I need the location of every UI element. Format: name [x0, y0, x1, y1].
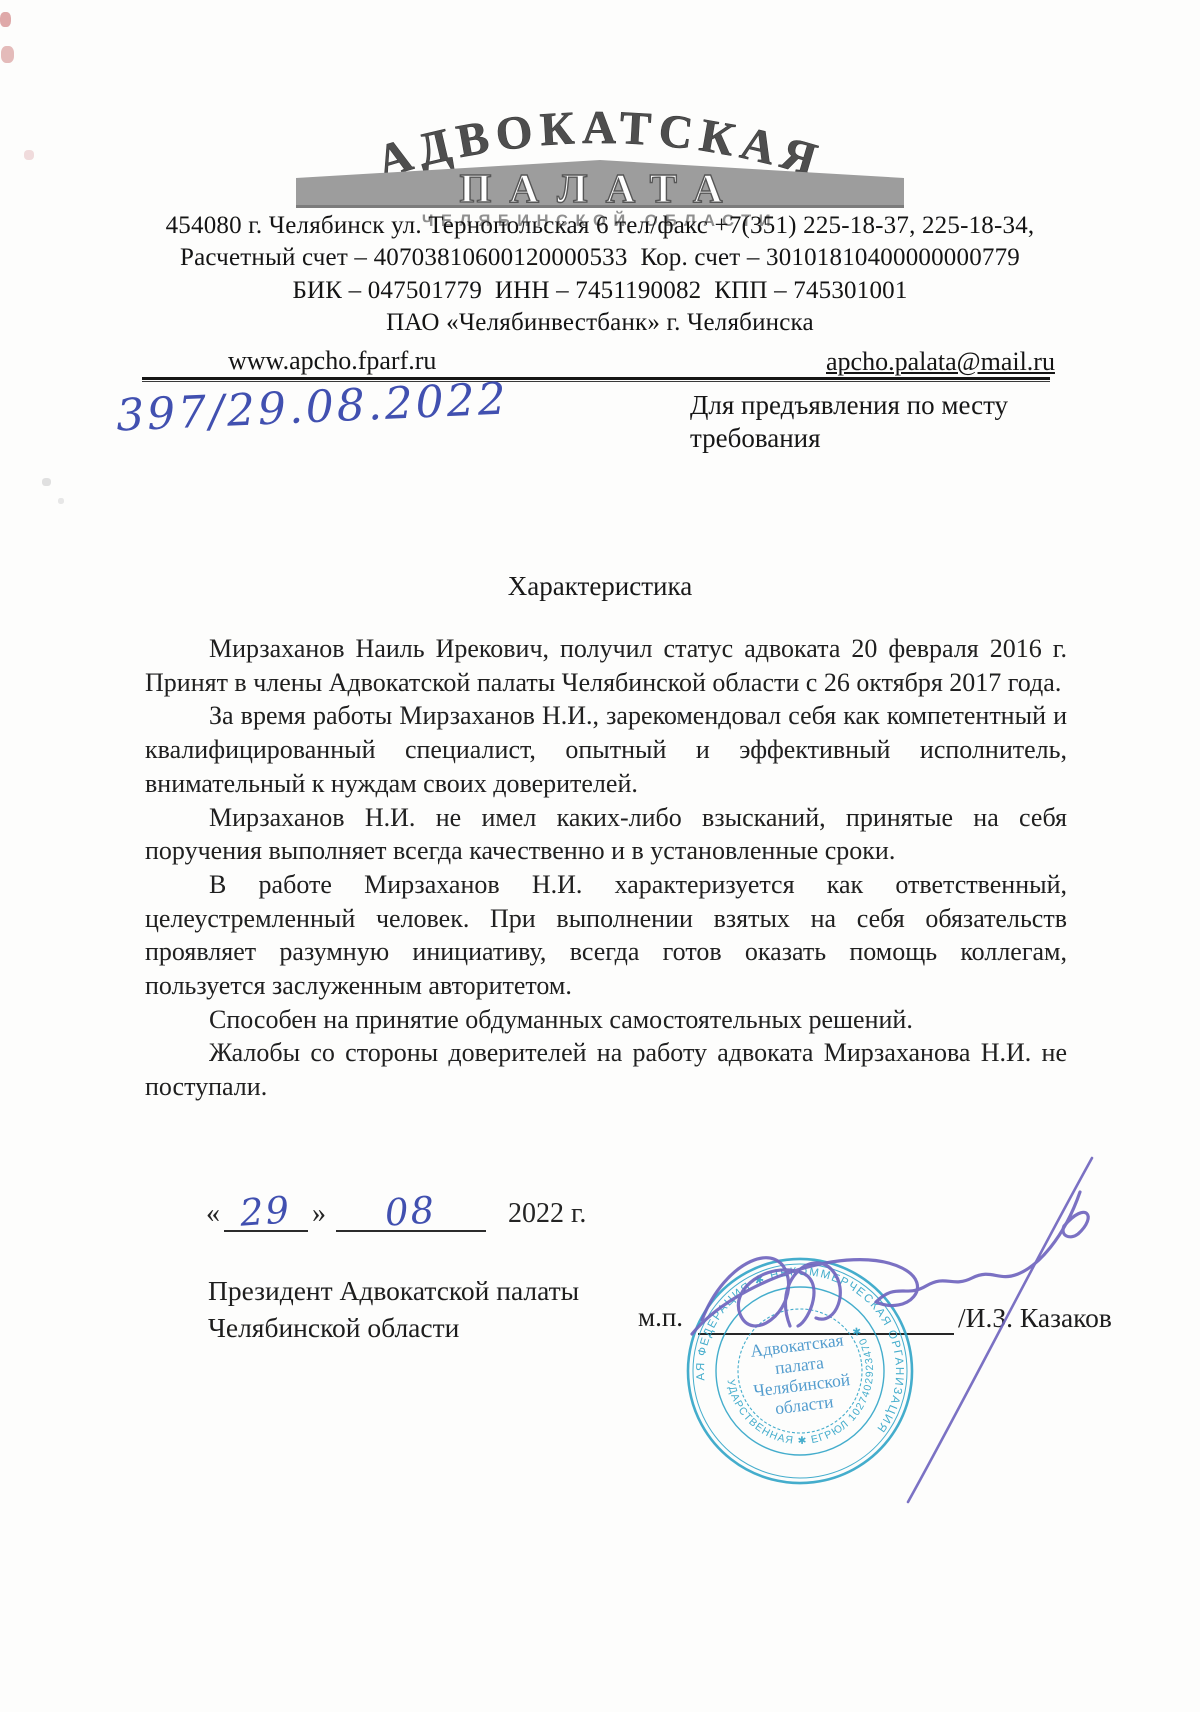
email-text: apcho.palata@mail.ru: [826, 347, 1055, 377]
purpose-line: требования: [690, 422, 1030, 455]
outgoing-number-handwritten: 397/29.08.2022: [115, 373, 510, 441]
open-quote: «: [206, 1198, 220, 1229]
scanned-letter-page: АДВОКАТСКАЯ ПАЛАТА ЧЕЛЯБИНСКОЙ ОБЛАСТИ 4…: [0, 0, 1200, 1712]
signer-name: /И.З. Казаков: [958, 1302, 1112, 1334]
logo-banner-text: ПАЛАТА: [460, 165, 741, 211]
president-line: Президент Адвокатской палаты: [208, 1272, 579, 1309]
paragraph: Мирзаханов Наиль Ирекович, получил стату…: [145, 632, 1067, 699]
month-blank: 08: [336, 1198, 486, 1232]
purpose-line: Для предъявления по месту: [690, 389, 1030, 422]
paragraph: Способен на принятие обдуманных самостоя…: [145, 1003, 1067, 1037]
bank-line: ПАО «Челябинвестбанк» г. Челябинска: [0, 309, 1200, 337]
day-handwritten: 29: [240, 1200, 292, 1224]
purpose-note: Для предъявления по месту требования: [690, 389, 1030, 455]
paragraph: Жалобы со стороны доверителей на работу …: [145, 1036, 1067, 1103]
paragraph: Мирзаханов Н.И. не имел каких-либо взыск…: [145, 801, 1067, 868]
close-quote: »: [312, 1198, 326, 1229]
website-text: www.apcho.fparf.ru: [228, 346, 436, 376]
president-title: Президент Адвокатской палаты Челябинской…: [208, 1272, 579, 1346]
document-body: Мирзаханов Наиль Ирекович, получил стату…: [145, 632, 1067, 1104]
scan-artifact: [24, 150, 34, 160]
president-line: Челябинской области: [208, 1309, 579, 1346]
letterhead-divider: [142, 377, 1050, 383]
seal-abbreviation: м.п.: [638, 1302, 683, 1333]
address-line: 454080 г. Челябинск ул. Тернопольская 6 …: [0, 212, 1200, 240]
stamp-seal: РОССИЙСКАЯ ФЕДЕРАЦИЯ ✱ НЕКОММЕРЧЕСКАЯ ОР…: [684, 1255, 916, 1487]
scan-artifact: [58, 498, 64, 504]
accounts-line: Расчетный счет – 40703810600120000533 Ко…: [0, 244, 1200, 272]
month-handwritten: 08: [385, 1200, 437, 1224]
scan-artifact: [0, 12, 11, 27]
scan-artifact: [1, 46, 14, 63]
paragraph: В работе Мирзаханов Н.И. характеризуется…: [145, 868, 1067, 1003]
date-row: «29»082022 г.: [206, 1198, 586, 1232]
day-blank: 29: [224, 1198, 308, 1232]
document-title: Характеристика: [0, 571, 1200, 602]
scan-artifact: [42, 478, 51, 486]
paragraph: За время работы Мирзаханов Н.И., зареком…: [145, 699, 1067, 800]
year-text: 2022 г.: [508, 1198, 586, 1229]
codes-line: БИК – 047501779 ИНН – 7451190082 КПП – 7…: [0, 277, 1200, 305]
